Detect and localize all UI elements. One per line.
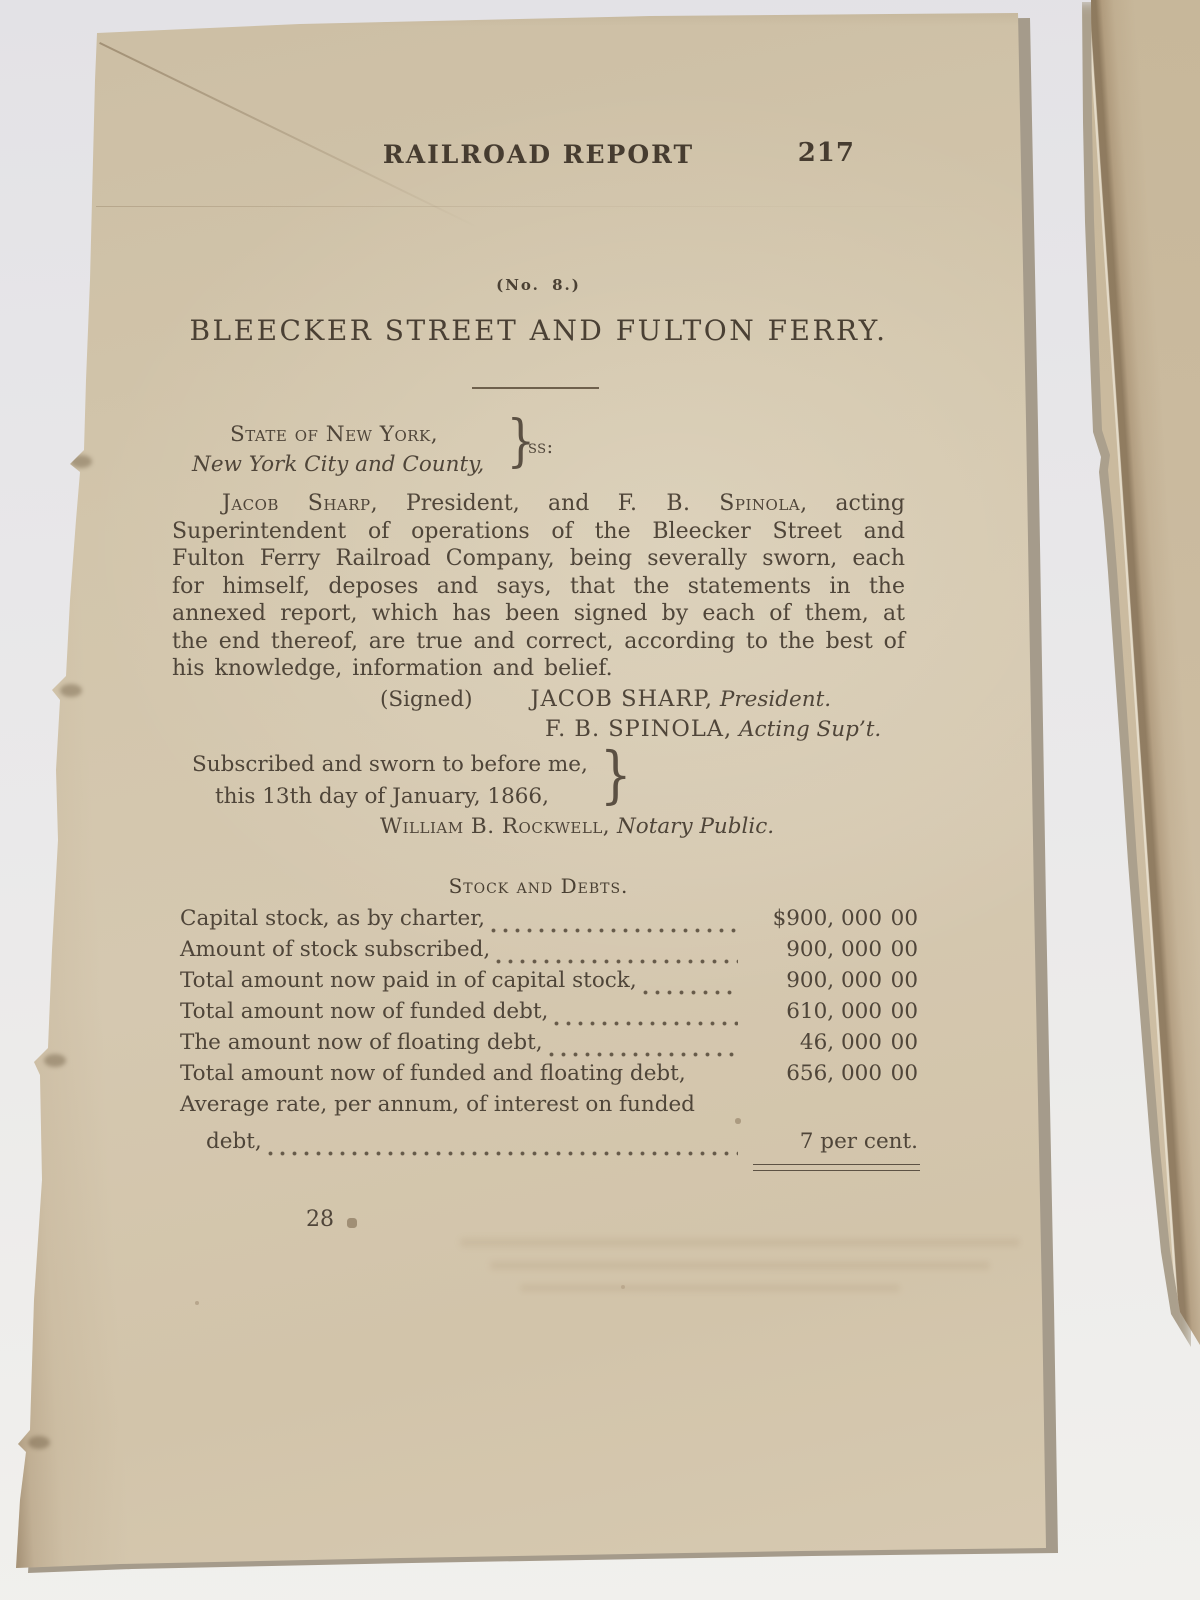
ink-showthrough [520,1284,900,1292]
paper-crease [99,42,477,228]
document-page: RAILROAD REPORT 217 (No. 8.) BLEECKER ST… [0,0,1200,1600]
signature-mark: 28 [306,1207,334,1232]
row-amount: 900, 000 [748,937,882,962]
signature-name: F. B. SPINOLA, [545,716,732,742]
row-amount: 610, 000 [748,999,882,1024]
row-cents: 00 [882,999,918,1024]
ink-showthrough [460,1238,1020,1247]
ink-specks [0,0,2,2]
row-label: Average rate, per annum, of interest on … [180,1092,695,1117]
row-cents: 00 [882,968,918,993]
jurat-brace: } [600,744,632,806]
affiant-name: F. B. Spinola [618,491,800,516]
table-row: Capital stock, as by charter, $900, 000 … [180,906,918,937]
running-head-title: RAILROAD REPORT [172,140,905,169]
row-amount: 900, 000 [748,968,882,993]
binding-mark [60,684,82,697]
page-number: 217 [798,138,855,168]
signature-line: (Signed)JACOB SHARP, President. [172,686,905,712]
row-cents: 00 [882,937,918,962]
signature-title: President. [720,687,831,712]
table-row: Amount of stock subscribed, 900, 000 00 [180,937,918,968]
row-label: Amount of stock subscribed, [180,937,490,962]
table-row: Total amount now of funded debt, 610, 00… [180,999,918,1030]
report-number: (No. 8.) [172,276,905,294]
binding-mark [44,1054,66,1067]
binding-mark [28,1436,50,1449]
row-amount: 46, 000 [748,1030,882,1055]
table-row: Average rate, per annum, of interest on … [180,1092,918,1123]
row-label: The amount now of floating debt, [180,1030,543,1055]
row-amount: $900, 000 [748,906,882,931]
row-label: Total amount now paid in of capital stoc… [180,968,637,993]
ink-showthrough [490,1261,990,1270]
leader-dots [549,1052,738,1057]
row-label: Total amount now of funded debt, [180,999,548,1024]
table-row: Total amount now paid in of capital stoc… [180,968,918,999]
jurat-line: this 13th day of January, 1866, [215,784,549,809]
leader-dots [643,990,738,995]
row-amount: 656, 000 [748,1061,882,1086]
total-double-rule [753,1164,920,1171]
affidavit-text: , acting Superintendent of operations of… [172,491,905,681]
signature-title: Acting Sup’t. [739,717,881,742]
leader-dots [554,1021,738,1026]
table-row: Total amount now of funded and floating … [180,1061,918,1092]
row-cents: 00 [882,1061,918,1086]
signature-name: JACOB SHARP, [530,686,713,712]
signed-label: (Signed) [380,687,472,712]
row-cents: 00 [882,906,918,931]
running-head: RAILROAD REPORT 217 [172,140,905,169]
affidavit-paragraph: Jacob Sharp, President, and F. B. Spinol… [172,490,905,683]
table-row: The amount now of floating debt, 46, 000… [180,1030,918,1061]
title-rule [472,387,599,389]
stock-and-debts-table: Capital stock, as by charter, $900, 000 … [180,906,918,1160]
leader-dots [692,1083,738,1088]
leader-dots [491,928,738,933]
report-title: BLEECKER STREET AND FULTON FERRY. [172,314,905,347]
row-label: debt, [180,1129,262,1154]
leader-dots [496,959,738,964]
affiant-name: Jacob Sharp [222,491,371,516]
second-page-torn-edge [1086,0,1200,1390]
notary-name: William B. Rockwell, [380,814,610,839]
row-label: Total amount now of funded and floating … [180,1061,686,1086]
section-heading: Stock and Debts. [172,874,905,898]
venue-ss: ss: [528,436,553,458]
row-label: Capital stock, as by charter, [180,906,485,931]
binding-mark [70,455,92,468]
photographed-document: RAILROAD REPORT 217 (No. 8.) BLEECKER ST… [0,0,1200,1600]
table-row: debt, 7 per cent. [180,1129,918,1160]
notary-line: William B. Rockwell, Notary Public. [380,814,774,839]
row-cents: 00 [882,1030,918,1055]
row-amount: 7 per cent. [748,1129,918,1154]
paper-crease [96,206,996,207]
affidavit-text: , President, and [371,491,618,516]
torn-left-edge [0,0,138,1600]
leader-dots [268,1151,738,1156]
jurat-line: Subscribed and sworn to before me, [192,752,588,777]
signature-line: F. B. SPINOLA, Acting Sup’t. [172,716,905,742]
notary-title: Notary Public. [617,814,774,839]
